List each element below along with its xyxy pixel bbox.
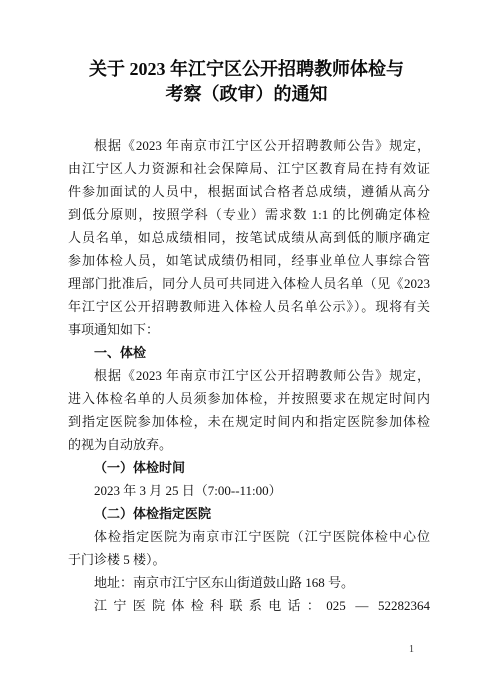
body-line: 于门诊楼 5 楼）。: [68, 548, 430, 571]
document-body: 根据《2023 年南京市江宁区公开招聘教师公告》规定， 由江宁区人力资源和社会保…: [68, 134, 430, 617]
body-line: 到指定医院参加体检，未在规定时间内和指定医院参加体检: [68, 410, 430, 433]
body-line: 理部门批准后，同分人员可共同进入体检人员名单（见《2023: [68, 272, 430, 295]
body-line: 到低分原则，按照学科（专业）需求数 1:1 的比例确定体检: [68, 203, 430, 226]
subsection-heading-exam-time: （一）体检时间: [68, 456, 430, 479]
body-line: 人员名单，如总成绩相同，按笔试成绩从高到低的顺序确定: [68, 226, 430, 249]
document-page: 关于 2023 年江宁区公开招聘教师体检与 考察（政审）的通知 根据《2023 …: [0, 0, 493, 698]
subsection-heading-exam-hospital: （二）体检指定医院: [68, 502, 430, 525]
body-line: 根据《2023 年南京市江宁区公开招聘教师公告》规定，: [68, 134, 430, 157]
hospital-phone: 江宁医院体检科联系电话：025 — 52282364: [68, 594, 430, 617]
title-line-2: 考察（政审）的通知: [0, 82, 493, 107]
body-line: 参加体检人员，如笔试成绩仍相同，经事业单位人事综合管: [68, 249, 430, 272]
body-line: 的视为自动放弃。: [68, 433, 430, 456]
body-line: 进入体检名单的人员须参加体检，并按照要求在规定时间内: [68, 387, 430, 410]
body-line: 体检指定医院为南京市江宁医院（江宁医院体检中心位: [68, 525, 430, 548]
hospital-address: 地址：南京市江宁区东山街道鼓山路 168 号。: [68, 571, 430, 594]
body-line: 根据《2023 年南京市江宁区公开招聘教师公告》规定，: [68, 364, 430, 387]
body-line: 事项通知如下：: [68, 318, 430, 341]
document-title: 关于 2023 年江宁区公开招聘教师体检与 考察（政审）的通知: [0, 57, 493, 107]
body-line: 由江宁区人力资源和社会保障局、江宁区教育局在持有效证: [68, 157, 430, 180]
page-number: 1: [409, 644, 414, 655]
body-line: 件参加面试的人员中，根据面试合格者总成绩，遵循从高分: [68, 180, 430, 203]
section-heading-physical-exam: 一、体检: [68, 341, 430, 364]
body-line: 年江宁区公开招聘教师进入体检人员名单公示》）。现将有关: [68, 295, 430, 318]
title-line-1: 关于 2023 年江宁区公开招聘教师体检与: [0, 57, 493, 82]
exam-time-value: 2023 年 3 月 25 日（7:00--11:00）: [68, 479, 430, 502]
